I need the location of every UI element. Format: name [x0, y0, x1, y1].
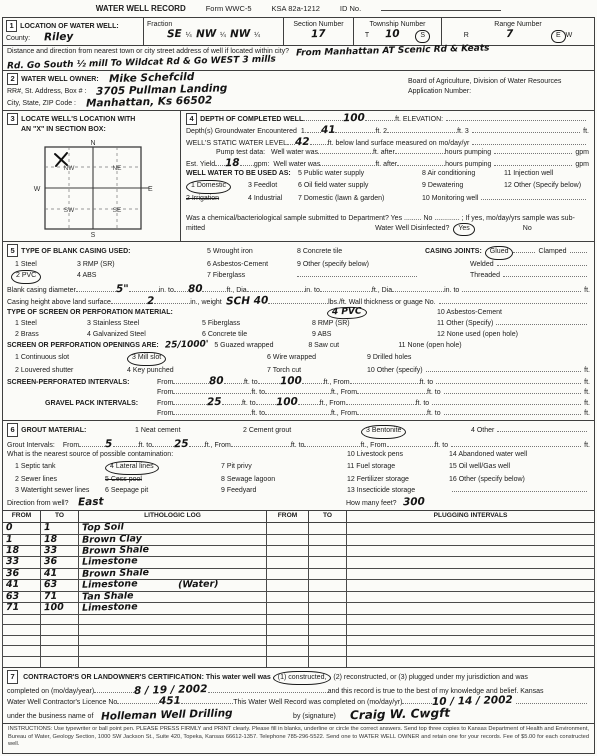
range-r: R: [464, 31, 469, 40]
option-bentonite-circled: 3 Bentonite: [361, 425, 406, 439]
casing-diameter-value: 5": [116, 284, 129, 295]
est-yield-value: 18: [225, 157, 240, 168]
section-5-title: TYPE OF BLANK CASING USED:: [21, 248, 130, 255]
option-lateral-lines-circled: 4 Lateral lines: [105, 461, 159, 475]
from-label: From: [157, 409, 173, 418]
id-blank: [381, 4, 501, 11]
quarter-symbol: ¼: [220, 31, 226, 40]
section-3-title-1: LOCATE WELL'S LOCATION WITH: [21, 116, 135, 123]
groundwater-label: Depth(s) Groundwater Encountered: [186, 127, 297, 136]
screen-intervals-label: SCREEN-PERFORATED INTERVALS:: [7, 378, 157, 387]
casing-diameter-label: Blank casing diameter: [7, 286, 76, 295]
litho-to: 41: [41, 568, 79, 579]
location-header-row: 1LOCATION OF WATER WELL: County:Riley Fr…: [3, 18, 594, 47]
distance-value-line1: From Manhattan AT Scenic Rd & Keats: [296, 45, 490, 59]
option-cess-pool-struck: 5 Cess pool: [105, 475, 221, 486]
litho-desc: Tan Shale: [79, 591, 267, 602]
litho-from: 33: [3, 557, 41, 568]
disinfected-yes-circled: Yes: [453, 223, 474, 235]
option-injection-well: 11 Injection well: [504, 169, 553, 180]
screen-material-note-circled: 4 PVC: [327, 307, 367, 320]
owner-block: 2WATER WELL OWNER:Mike Schefcild RR#, St…: [7, 73, 408, 108]
ft-to-label: ft. to: [244, 378, 258, 387]
ft-to-label: ft. to: [427, 409, 441, 418]
section-3-number: 3: [7, 113, 18, 125]
litho-to: 63: [41, 580, 79, 591]
range-w: W: [566, 32, 573, 39]
option-brass: 2 Brass: [7, 330, 87, 341]
ft-to-label: ft. to: [291, 441, 305, 450]
ft-label: ft.: [584, 378, 590, 387]
litho-row: 71100Limestone: [3, 603, 595, 614]
casing-depth-value: 80: [188, 284, 203, 295]
disinfected-no: No: [523, 224, 532, 233]
section-7-certification: 7 CONTRACTOR'S OR LANDOWNER'S CERTIFICAT…: [2, 667, 595, 755]
litho-header-log: LITHOLOGIC LOG: [79, 511, 267, 523]
depth-value: 100: [343, 113, 365, 124]
ft-to-label: ft. to: [251, 409, 265, 418]
ft-to-label: ft. to: [416, 399, 430, 408]
diagram-se-label: SE: [112, 207, 121, 214]
option-feedyard: 9 Feedyard: [221, 486, 347, 497]
hours-pumping-label: hours pumping: [445, 148, 491, 157]
range-value: 7: [506, 29, 514, 40]
grout-intervals-label: Grout Intervals:: [7, 441, 55, 450]
section-box-diagram: N S W E NW NE SW SE: [17, 137, 167, 239]
ft-label: ft.: [584, 409, 590, 418]
litho-row-empty: [3, 646, 595, 657]
litho-header-to2: TO: [309, 511, 347, 523]
litho-row: 01Top Soil: [3, 523, 595, 534]
ft-from-label: ft., From: [320, 399, 346, 408]
signature-value: Craig W. Cwgft: [350, 706, 450, 721]
litho-desc: Top Soil: [79, 523, 267, 534]
option-grout-other: 4 Other: [471, 426, 494, 437]
elevation-label: ft. ELEVATION:: [395, 115, 443, 124]
section-1-title: LOCATION OF WATER WELL:: [20, 23, 119, 30]
range-east-circled: E: [551, 30, 566, 42]
county-label: County:: [6, 34, 30, 43]
joint-clamped: Clamped: [538, 247, 566, 258]
option-asbestos-cement: 6 Asbestos-Cement: [207, 260, 297, 271]
screen-interval-from: 80: [209, 376, 224, 387]
ft-label: ft.: [584, 441, 590, 450]
section-6-grout: 6GROUT MATERIAL:1 Neat cement2 Cement gr…: [2, 420, 595, 511]
section-3-locate: 3LOCATE WELL'S LOCATION WITH AN "X" IN S…: [3, 111, 181, 241]
licence-label: Water Well Contractor's Licence No: [7, 698, 117, 707]
ksa-number: KSA 82a-1212: [272, 4, 320, 14]
township-value: 10: [385, 29, 400, 40]
option-oil-gas-well: 15 Oil well/Gas well: [449, 462, 510, 473]
section-6-title: GROUT MATERIAL:: [21, 427, 86, 434]
diagram-ne-label: NE: [112, 165, 122, 172]
section-6-number: 6: [7, 423, 18, 437]
section-7-number: 7: [7, 670, 18, 684]
option-feedlot: 3 Feedlot: [248, 181, 298, 192]
option-other-use: 12 Other (Specify below): [504, 181, 581, 192]
county-value: Riley: [44, 32, 74, 43]
ft-after-label: ft. after: [375, 160, 397, 169]
county-cell: 1LOCATION OF WATER WELL: County:Riley: [3, 18, 144, 46]
option-sewer-lines: 2 Sewer lines: [7, 475, 105, 486]
diagram-nw-label: NW: [63, 165, 75, 172]
static-level-value: 42: [295, 137, 310, 148]
ft-to-label: ft. to: [139, 441, 153, 450]
option-contam-other: 16 Other (specify below): [449, 475, 525, 486]
fraction-1: SE: [167, 29, 182, 40]
litho-desc: Limestone(Water): [79, 580, 267, 591]
direction-label: Direction from well?: [7, 499, 68, 508]
option-wire-wrapped: 6 Wire wrapped: [267, 353, 367, 364]
option-key-punched: 4 Key punched: [127, 366, 267, 377]
option-screen-concrete: 6 Concrete tile: [202, 330, 312, 341]
option-screen-rmp: 8 RMP (SR): [312, 319, 437, 330]
option-livestock-pens: 10 Livestock pens: [347, 450, 449, 461]
section-1-number: 1: [6, 20, 17, 32]
application-number-label: Application Number:: [408, 87, 590, 96]
quarter-symbol: ¼: [186, 31, 192, 40]
form-title: WATER WELL RECORD: [96, 4, 186, 15]
gpm-label: gpm: [575, 160, 589, 169]
option-pvc-circled: 2 PVC: [11, 270, 41, 284]
option-none-open-hole: 12 None used (open hole): [437, 330, 518, 341]
distance-value-line2: Rd. Go South ½ mill To Wildcat Rd & Go W…: [7, 55, 276, 71]
ft-label: ft.: [584, 366, 590, 377]
option-public-water: 5 Public water supply: [298, 169, 422, 180]
groundwater-depth-1: 41: [321, 125, 336, 136]
form-number: Form WWC-5: [206, 4, 252, 14]
litho-from: 18: [3, 546, 41, 557]
est-yield-label: Est. Yield: [186, 160, 215, 169]
option-industrial: 4 Industrial: [248, 194, 298, 205]
litho-from: 63: [3, 591, 41, 602]
city-value: Manhattan, Ks 66502: [86, 95, 213, 109]
litho-to: 33: [41, 546, 79, 557]
ft-label: ft.: [584, 388, 590, 397]
litho-desc: Brown Shale: [79, 568, 267, 579]
litho-to: 18: [41, 534, 79, 545]
litho-desc: Limestone: [79, 603, 267, 614]
contamination-question: What is the nearest source of possible c…: [7, 450, 347, 461]
option-saw-cut: 8 Saw cut: [308, 341, 398, 352]
diagram-west-label: W: [33, 186, 40, 193]
diagram-sw-label: SW: [63, 207, 74, 214]
well-water-was-label: Well water was: [271, 148, 318, 157]
litho-header-to: TO: [41, 511, 79, 523]
well-water-was-label: Well water was: [273, 160, 320, 169]
hours-pumping-label: hours pumping: [445, 160, 491, 169]
ft-to-label: ft. to: [251, 388, 265, 397]
litho-from: 1: [3, 534, 41, 545]
litho-row: 1833Brown Shale: [3, 546, 595, 557]
option-drilled-holes: 9 Drilled holes: [367, 353, 411, 364]
option-insecticide-storage: 13 Insecticide storage: [347, 486, 449, 497]
litho-header-plug: PLUGGING INTERVALS: [347, 511, 595, 523]
well-x-mark: [55, 153, 67, 166]
ft-from-label: ft., From: [331, 409, 357, 418]
option-cement-grout: 2 Cement grout: [243, 426, 361, 437]
feet-value: 300: [402, 497, 424, 508]
litho-desc: Brown Clay: [79, 534, 267, 545]
ft-from-label: ft., From: [205, 441, 231, 450]
section-2-owner: 2WATER WELL OWNER:Mike Schefcild RR#, St…: [2, 70, 595, 111]
ft-label: ft.: [583, 127, 589, 136]
sample-question-line2: mitted: [186, 224, 205, 233]
record-completed-label: This Water Well Record was completed on …: [233, 698, 402, 707]
option-dewatering: 9 Dewatering: [422, 181, 504, 192]
diagram-north-label: N: [90, 140, 95, 147]
lithologic-log-table: FROM TO LITHOLOGIC LOG FROM TO PLUGGING …: [2, 510, 595, 667]
township-cell: Township Number T 10 S: [354, 18, 442, 46]
option-pit-privy: 7 Pit privy: [221, 462, 347, 473]
gravel-interval-from: 25: [207, 397, 222, 408]
range-cell: Range Number R 7 EW: [442, 18, 594, 46]
litho-row: 3641Brown Shale: [3, 568, 595, 579]
option-openings-other: 10 Other (specify): [367, 366, 423, 377]
litho-row-empty: [3, 635, 595, 646]
ft-to-label: ft. to: [242, 399, 256, 408]
litho-row-empty: [3, 625, 595, 636]
litho-to: 71: [41, 591, 79, 602]
litho-to: 100: [41, 603, 79, 614]
sample-question-line1: Was a chemical/bacteriological sample su…: [186, 214, 589, 223]
from-label: From: [157, 378, 173, 387]
diagram-east-label: E: [148, 186, 153, 193]
screen-interval-to: 100: [279, 376, 301, 387]
business-name-value: Holleman Well Drilling: [101, 708, 233, 722]
address-label: RR#, St. Address, Box # :: [7, 87, 86, 96]
ft-label: ft.: [584, 399, 590, 408]
range-label: Range Number: [445, 20, 591, 29]
option-irrigation-struck: 2 Irrigation: [186, 194, 248, 205]
casing-joints-label: CASING JOINTS:: [425, 247, 482, 258]
litho-desc: Limestone: [79, 557, 267, 568]
option-fertilizer-storage: 12 Fertilizer storage: [347, 475, 449, 486]
township-south-circled: S: [415, 30, 430, 42]
section-2-number: 2: [7, 73, 18, 85]
certification-text-2: (2) reconstructed, or (3) plugged under …: [333, 674, 528, 681]
option-rmp: 3 RMP (SR): [77, 260, 207, 271]
ft-to-label: ft. to: [435, 441, 449, 450]
gpm-colon-label: gpm:: [254, 160, 270, 169]
option-louvered: 2 Louvered shutter: [7, 366, 127, 377]
litho-row: 3336Limestone: [3, 557, 595, 568]
litho-header-from: FROM: [3, 511, 41, 523]
fraction-3: NW: [230, 29, 251, 40]
casing-height-label: Casing height above land surface: [7, 298, 111, 307]
litho-from: 71: [3, 603, 41, 614]
litho-row-empty: [3, 614, 595, 625]
feet-label: How many feet?: [346, 499, 397, 508]
township-t: T: [365, 31, 369, 40]
section-3-4-row: 3LOCATE WELL'S LOCATION WITH AN "X" IN S…: [2, 110, 595, 242]
option-fuel-storage: 11 Fuel storage: [347, 462, 449, 473]
litho-from: 41: [3, 580, 41, 591]
gpm-label: gpm: [575, 148, 589, 157]
option-continuous-slot: 1 Continuous slot: [7, 353, 127, 364]
section-number-cell: Section Number 17: [284, 18, 354, 46]
openings-note: 25/1000': [165, 340, 209, 350]
in-weight-label: in., weight: [190, 298, 222, 307]
screen-material-title: TYPE OF SCREEN OR PERFORATION MATERIAL:: [7, 308, 257, 319]
litho-desc: Brown Shale: [79, 546, 267, 557]
gw-2-label: ft. 2: [375, 127, 387, 136]
ft-from-label: ft., From: [331, 388, 357, 397]
gw-3-label: ft. 3: [457, 127, 469, 136]
section-1-location: 1LOCATION OF WATER WELL: County:Riley Fr…: [2, 17, 595, 71]
litho-from: 0: [3, 523, 41, 534]
ft-dia-label: ft., Dia: [372, 286, 392, 295]
instructions-text: INSTRUCTIONS: Use typewriter or ball poi…: [3, 723, 594, 751]
completed-on-label: completed on (mo/day/year): [7, 687, 94, 696]
casing-weight-value: SCH 40: [226, 295, 269, 307]
option-abandoned-well: 14 Abandoned water well: [449, 450, 527, 461]
option-monitoring-well: 10 Monitoring well: [422, 194, 478, 205]
casing-height-value: 2: [147, 296, 155, 307]
option-screen-other: 11 Other (Specify): [437, 319, 493, 330]
grout-from-value: 5: [105, 439, 113, 450]
water-note: (Water): [177, 580, 218, 591]
distance-row: Distance and direction from nearest town…: [7, 47, 590, 68]
joint-threaded: Threaded: [470, 271, 500, 282]
litho-from: 36: [3, 568, 41, 579]
section-number-value: 17: [311, 29, 326, 40]
option-screen-abs: 9 ABS: [312, 330, 437, 341]
depth-label: DEPTH OF COMPLETED WELL: [200, 115, 303, 124]
option-steel-casing: 1 Steel: [7, 260, 77, 271]
openings-label: SCREEN OR PERFORATION OPENINGS ARE:: [7, 341, 159, 352]
ft-after-label: ft. after: [373, 148, 395, 157]
litho-header-from2: FROM: [267, 511, 309, 523]
litho-to: 36: [41, 557, 79, 568]
option-screen-fiberglass: 5 Fiberglass: [202, 319, 312, 330]
fraction-2: NW: [195, 29, 216, 40]
business-name-label: under the business name of: [7, 712, 93, 721]
static-level-suffix: ft. below land surface measured on mo/da…: [328, 139, 470, 148]
in-to-label: in. to: [305, 286, 320, 295]
ft-to-label: ft. to: [420, 378, 434, 387]
agency-block: Board of Agriculture, Division of Water …: [408, 73, 590, 108]
constructed-circled: (1) constructed,: [273, 671, 332, 685]
option-other-casing: 9 Other (specify below): [297, 260, 425, 271]
from-label: From: [157, 399, 173, 408]
option-oil-field: 6 Oil field water supply: [298, 181, 422, 192]
ft-label: ft.: [584, 286, 590, 295]
quarter-symbol: ¼: [254, 31, 260, 40]
board-label: Board of Agriculture, Division of Water …: [408, 77, 590, 86]
option-domestic-lawn: 7 Domestic (lawn & garden): [298, 194, 422, 205]
pump-test-label: Pump test data:: [216, 148, 265, 157]
from-label: From: [157, 388, 173, 397]
fraction-cell: Fraction SE¼ NW¼ NW¼: [144, 18, 284, 46]
grout-to-value: 25: [174, 439, 189, 450]
litho-row: 4163Limestone(Water): [3, 580, 595, 591]
section-5-casing: 5TYPE OF BLANK CASING USED:5 Wrought iro…: [2, 241, 595, 421]
option-stainless: 3 Stainless Steel: [87, 319, 202, 330]
signature-label: by (signature): [293, 712, 336, 721]
from-label: From: [63, 441, 79, 450]
option-screen-asbestos: 10 Asbestos-Cement: [437, 308, 502, 319]
licence-number-value: 451: [159, 696, 181, 707]
in-to-label: in. to: [159, 286, 174, 295]
city-label: City, State, ZIP Code :: [7, 99, 76, 108]
option-mill-slot-circled: 3 Mill slot: [127, 352, 166, 366]
ft-to-label: ft. to: [427, 388, 441, 397]
option-abs: 4 ABS: [77, 271, 207, 282]
form-header: WATER WELL RECORD Form WWC-5 KSA 82a-121…: [2, 2, 595, 18]
option-guazed: 5 Guazed wrapped: [214, 341, 308, 352]
litho-row-empty: [3, 657, 595, 668]
ft-from-label: ft., From: [360, 441, 386, 450]
section-5-number: 5: [7, 244, 18, 258]
certification-title: CONTRACTOR'S OR LANDOWNER'S CERTIFICATIO…: [23, 674, 271, 681]
diagram-south-label: S: [90, 232, 95, 239]
water-well-record-form: WATER WELL RECORD Form WWC-5 KSA 82a-121…: [0, 0, 597, 756]
id-label: ID No.: [340, 4, 361, 14]
option-wrought-iron: 5 Wrought iron: [207, 247, 297, 258]
in-to-label: in. to: [444, 286, 459, 295]
option-fiberglass-casing: 7 Fiberglass: [207, 271, 297, 282]
option-air-conditioning: 8 Air conditioning: [422, 169, 504, 180]
use-label: WELL WATER TO BE USED AS:: [186, 169, 298, 180]
joint-welded: Welded: [470, 260, 494, 271]
disinfected-label: Water Well Disinfected?: [375, 224, 449, 233]
gravel-interval-to: 100: [275, 397, 297, 408]
direction-value: East: [78, 496, 104, 507]
weight-suffix-label: lbs./ft. Wall thickness or guage No.: [328, 298, 436, 307]
ft-from-label: ft., From: [324, 378, 350, 387]
static-level-label: WELL'S STATIC WATER LEVEL: [186, 139, 287, 148]
litho-row: 6371Tan Shale: [3, 591, 595, 602]
section-4-depth: 4DEPTH OF COMPLETED WELL100ft. ELEVATION…: [181, 111, 594, 241]
option-domestic-circled: 1 Domestic: [186, 180, 231, 194]
litho-to: 1: [41, 523, 79, 534]
option-screen-steel: 1 Steel: [7, 319, 87, 330]
section-4-number: 4: [186, 113, 197, 125]
gravel-pack-label: GRAVEL PACK INTERVALS:: [7, 399, 157, 408]
option-none-open: 11 None (open hole): [398, 341, 461, 352]
option-seepage-pit: 6 Seepage pit: [105, 486, 221, 497]
option-neat-cement: 1 Neat cement: [135, 426, 243, 437]
litho-row: 118Brown Clay: [3, 534, 595, 545]
section-2-title: WATER WELL OWNER:: [21, 75, 99, 84]
joint-glued-circled: Glued: [485, 246, 514, 260]
option-septic-tank: 1 Septic tank: [7, 462, 105, 473]
section-3-title-2: AN "X" IN SECTION BOX:: [21, 125, 176, 134]
option-sewage-lagoon: 8 Sewage lagoon: [221, 475, 347, 486]
option-concrete-tile: 8 Concrete tile: [297, 247, 425, 258]
